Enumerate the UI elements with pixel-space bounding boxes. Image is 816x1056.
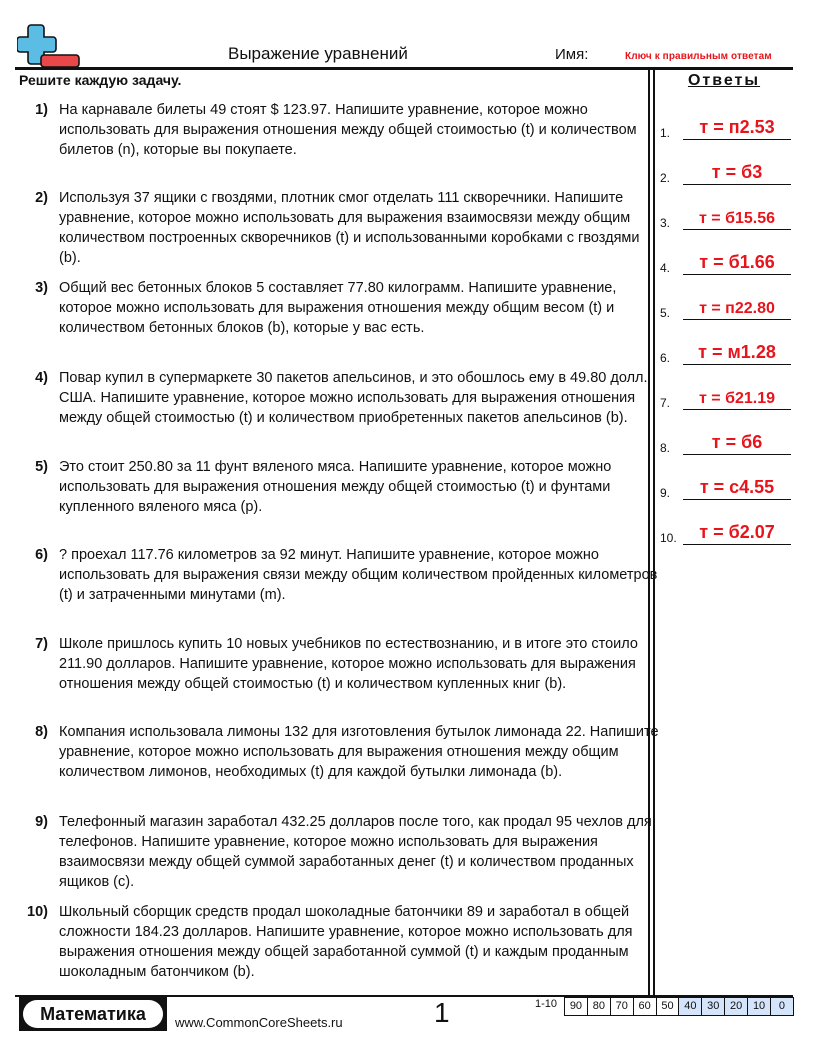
answer-value: т = п22.80 xyxy=(683,300,791,318)
problem-number: 8) xyxy=(20,722,48,742)
problem-number: 1) xyxy=(20,100,48,120)
name-label: Имя: xyxy=(555,46,588,63)
problem-text: Компания использовала лимоны 132 для изг… xyxy=(59,722,659,782)
worksheet-title: Выражение уравнений xyxy=(228,44,408,64)
answer-item: 3. т = б15.56 xyxy=(660,202,795,232)
answer-number: 3. xyxy=(660,216,670,230)
score-cell: 30 xyxy=(702,998,725,1015)
answer-blank-line xyxy=(683,274,791,276)
answer-number: 8. xyxy=(660,441,670,455)
score-range-label: 1-10 xyxy=(535,998,557,1010)
answer-number: 10. xyxy=(660,531,677,545)
score-cell: 60 xyxy=(634,998,657,1015)
answer-blank-line xyxy=(683,229,791,231)
problem-text: Школьный сборщик средств продал шоколадн… xyxy=(59,902,659,982)
problem-text: Это стоит 250.80 за 11 фунт вяленого мяс… xyxy=(59,457,659,517)
brand-label: Математика xyxy=(23,1000,163,1028)
answer-blank-line xyxy=(683,184,791,186)
answer-blank-line xyxy=(683,409,791,411)
answer-value: т = б2.07 xyxy=(683,522,791,543)
answer-item: 1. т = п2.53 xyxy=(660,112,795,142)
score-table: 9080706050403020100 xyxy=(564,997,794,1016)
answer-value: т = п2.53 xyxy=(683,117,791,138)
answer-number: 4. xyxy=(660,261,670,275)
answer-number: 9. xyxy=(660,486,670,500)
answer-item: 2. т = б3 xyxy=(660,157,795,187)
score-cell: 50 xyxy=(657,998,680,1015)
problem-number: 6) xyxy=(20,545,48,565)
plus-minus-logo-icon xyxy=(17,24,81,68)
answer-number: 6. xyxy=(660,351,670,365)
answer-blank-line xyxy=(683,364,791,366)
problem-number: 7) xyxy=(20,634,48,654)
problem-text: Общий вес бетонных блоков 5 составляет 7… xyxy=(59,278,659,338)
answer-key-label: Ключ к правильным ответам xyxy=(625,51,772,62)
answer-number: 1. xyxy=(660,126,670,140)
answer-value: т = м1.28 xyxy=(683,342,791,363)
score-cell: 10 xyxy=(748,998,771,1015)
answer-blank-line xyxy=(683,544,791,546)
problem-number: 9) xyxy=(20,812,48,832)
problem-text: На карнавале билеты 49 стоят $ 123.97. Н… xyxy=(59,100,659,160)
problem-number: 4) xyxy=(20,368,48,388)
answer-item: 8. т = б6 xyxy=(660,427,795,457)
answer-value: т = б1.66 xyxy=(683,252,791,273)
problem-number: 3) xyxy=(20,278,48,298)
answer-item: 7. т = б21.19 xyxy=(660,382,795,412)
problem-number: 5) xyxy=(20,457,48,477)
answer-number: 2. xyxy=(660,171,670,185)
problem-text: Телефонный магазин заработал 432.25 долл… xyxy=(59,812,659,892)
problem-number: 10) xyxy=(20,902,48,922)
answer-item: 9. т = с4.55 xyxy=(660,472,795,502)
answer-blank-line xyxy=(683,139,791,141)
problem-number: 2) xyxy=(20,188,48,208)
answer-item: 10. т = б2.07 xyxy=(660,517,795,547)
answer-item: 4. т = б1.66 xyxy=(660,247,795,277)
answer-value: т = б21.19 xyxy=(683,390,791,408)
answer-item: 6. т = м1.28 xyxy=(660,337,795,367)
problem-text: Школе пришлось купить 10 новых учебников… xyxy=(59,634,659,694)
header-divider xyxy=(15,67,793,70)
answer-value: т = б3 xyxy=(683,162,791,183)
problem-text: Используя 37 ящики с гвоздями, плотник с… xyxy=(59,188,659,268)
problem-text: Повар купил в супермаркете 30 пакетов ап… xyxy=(59,368,659,428)
score-cell: 0 xyxy=(771,998,794,1015)
answer-number: 5. xyxy=(660,306,670,320)
answers-title: Ответы xyxy=(655,72,793,90)
answer-blank-line xyxy=(683,454,791,456)
score-cell: 40 xyxy=(679,998,702,1015)
answer-number: 7. xyxy=(660,396,670,410)
page-number: 1 xyxy=(434,997,450,1029)
problem-text: ? проехал 117.76 километров за 92 минут.… xyxy=(59,545,659,605)
site-link[interactable]: www.CommonCoreSheets.ru xyxy=(175,1015,343,1030)
score-cell: 20 xyxy=(725,998,748,1015)
answer-value: т = б6 xyxy=(683,432,791,453)
answer-blank-line xyxy=(683,319,791,321)
score-cell: 90 xyxy=(565,998,588,1015)
answer-blank-line xyxy=(683,499,791,501)
answer-item: 5. т = п22.80 xyxy=(660,292,795,322)
answer-value: т = б15.56 xyxy=(683,210,791,228)
answer-value: т = с4.55 xyxy=(683,477,791,498)
instructions: Решите каждую задачу. xyxy=(19,72,181,88)
score-cell: 70 xyxy=(611,998,634,1015)
score-cell: 80 xyxy=(588,998,611,1015)
brand-badge: Математика xyxy=(19,997,167,1031)
